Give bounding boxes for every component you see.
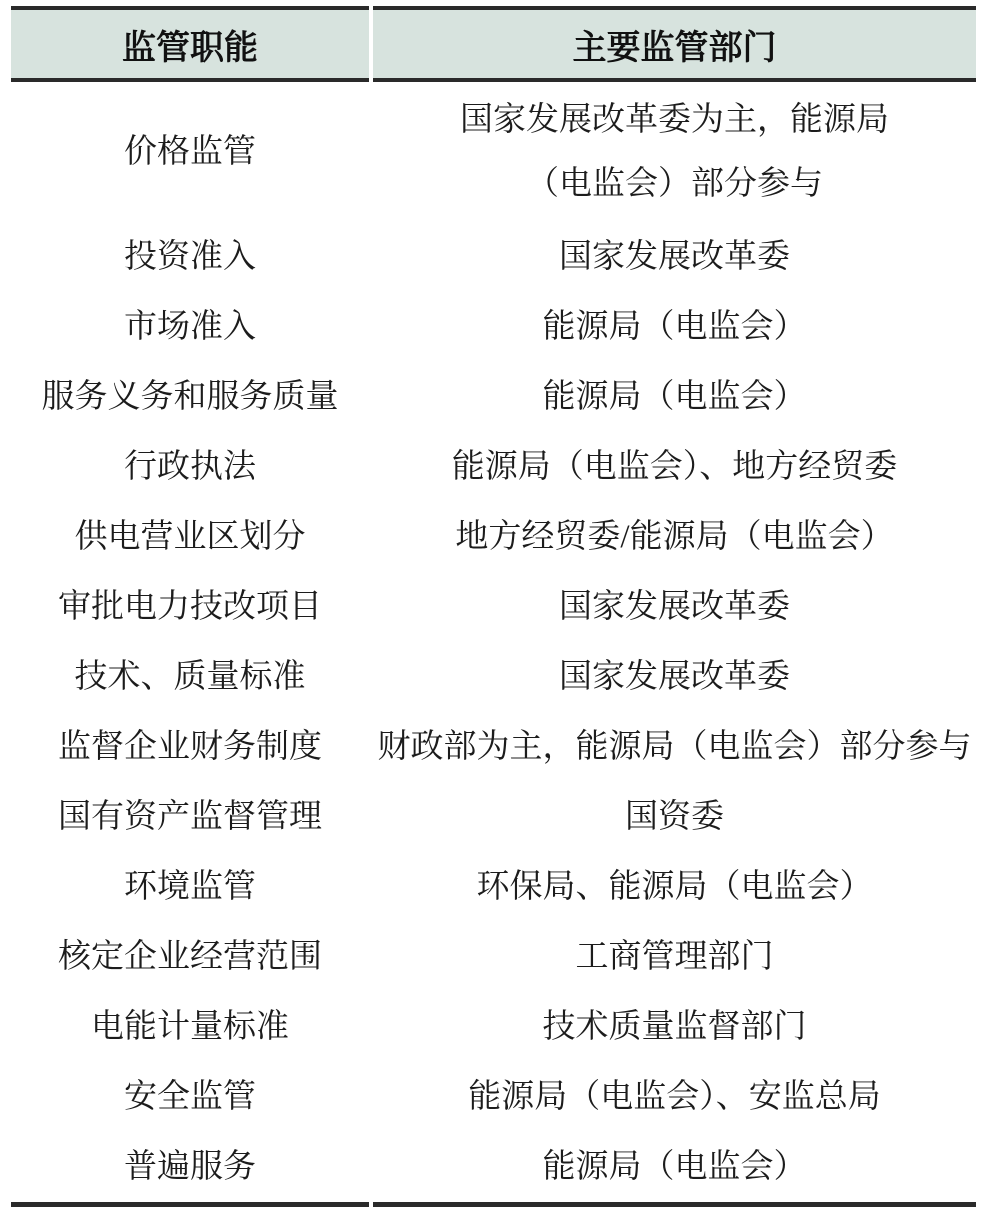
department-cell: 工商管理部门	[373, 922, 976, 992]
table-row: 行政执法 能源局（电监会）、地方经贸委	[11, 432, 976, 502]
department-cell: 能源局（电监会）、地方经贸委	[373, 432, 976, 502]
table-row: 电能计量标准 技术质量监督部门	[11, 992, 976, 1062]
department-cell: 环保局、能源局（电监会）	[373, 852, 976, 922]
department-cell: 能源局（电监会）、安监总局	[373, 1062, 976, 1132]
department-cell: 国家发展改革委为主，能源局 （电监会）部分参与	[373, 82, 976, 222]
function-cell: 安全监管	[11, 1062, 369, 1132]
table-row: 审批电力技改项目 国家发展改革委	[11, 572, 976, 642]
department-cell: 国家发展改革委	[373, 222, 976, 292]
table-row: 安全监管 能源局（电监会）、安监总局	[11, 1062, 976, 1132]
table-row: 普遍服务 能源局（电监会）	[11, 1132, 976, 1207]
table-row: 市场准入 能源局（电监会）	[11, 292, 976, 362]
table-row: 供电营业区划分 地方经贸委/能源局（电监会）	[11, 502, 976, 572]
function-cell: 投资准入	[11, 222, 369, 292]
function-cell: 服务义务和服务质量	[11, 362, 369, 432]
header-row: 监管职能 主要监管部门	[11, 6, 976, 82]
department-cell: 国家发展改革委	[373, 642, 976, 712]
department-cell: 能源局（电监会）	[373, 292, 976, 362]
table-row: 监督企业财务制度 财政部为主，能源局（电监会）部分参与	[11, 712, 976, 782]
department-cell: 财政部为主，能源局（电监会）部分参与	[373, 712, 976, 782]
function-cell: 核定企业经营范围	[11, 922, 369, 992]
function-cell: 行政执法	[11, 432, 369, 502]
header-department: 主要监管部门	[373, 6, 976, 82]
department-cell: 能源局（电监会）	[373, 1132, 976, 1207]
department-cell: 地方经贸委/能源局（电监会）	[373, 502, 976, 572]
function-cell: 环境监管	[11, 852, 369, 922]
function-cell: 供电营业区划分	[11, 502, 369, 572]
table-row: 环境监管 环保局、能源局（电监会）	[11, 852, 976, 922]
department-cell: 国家发展改革委	[373, 572, 976, 642]
table-row: 核定企业经营范围 工商管理部门	[11, 922, 976, 992]
department-cell: 能源局（电监会）	[373, 362, 976, 432]
function-cell: 价格监管	[11, 82, 369, 222]
table-row: 国有资产监督管理 国资委	[11, 782, 976, 852]
function-cell: 电能计量标准	[11, 992, 369, 1062]
page: 监管职能 主要监管部门 价格监管 国家发展改革委为主，能源局 （电监会）部分参与…	[0, 0, 987, 1207]
table-row: 服务义务和服务质量 能源局（电监会）	[11, 362, 976, 432]
department-cell: 技术质量监督部门	[373, 992, 976, 1062]
function-cell: 审批电力技改项目	[11, 572, 369, 642]
function-cell: 技术、质量标准	[11, 642, 369, 712]
function-cell: 监督企业财务制度	[11, 712, 369, 782]
table-row: 价格监管 国家发展改革委为主，能源局 （电监会）部分参与	[11, 82, 976, 222]
regulatory-table: 监管职能 主要监管部门 价格监管 国家发展改革委为主，能源局 （电监会）部分参与…	[7, 6, 980, 1207]
table-row: 投资准入 国家发展改革委	[11, 222, 976, 292]
function-cell: 市场准入	[11, 292, 369, 362]
function-cell: 国有资产监督管理	[11, 782, 369, 852]
function-cell: 普遍服务	[11, 1132, 369, 1207]
table-row: 技术、质量标准 国家发展改革委	[11, 642, 976, 712]
department-cell: 国资委	[373, 782, 976, 852]
header-function: 监管职能	[11, 6, 369, 82]
